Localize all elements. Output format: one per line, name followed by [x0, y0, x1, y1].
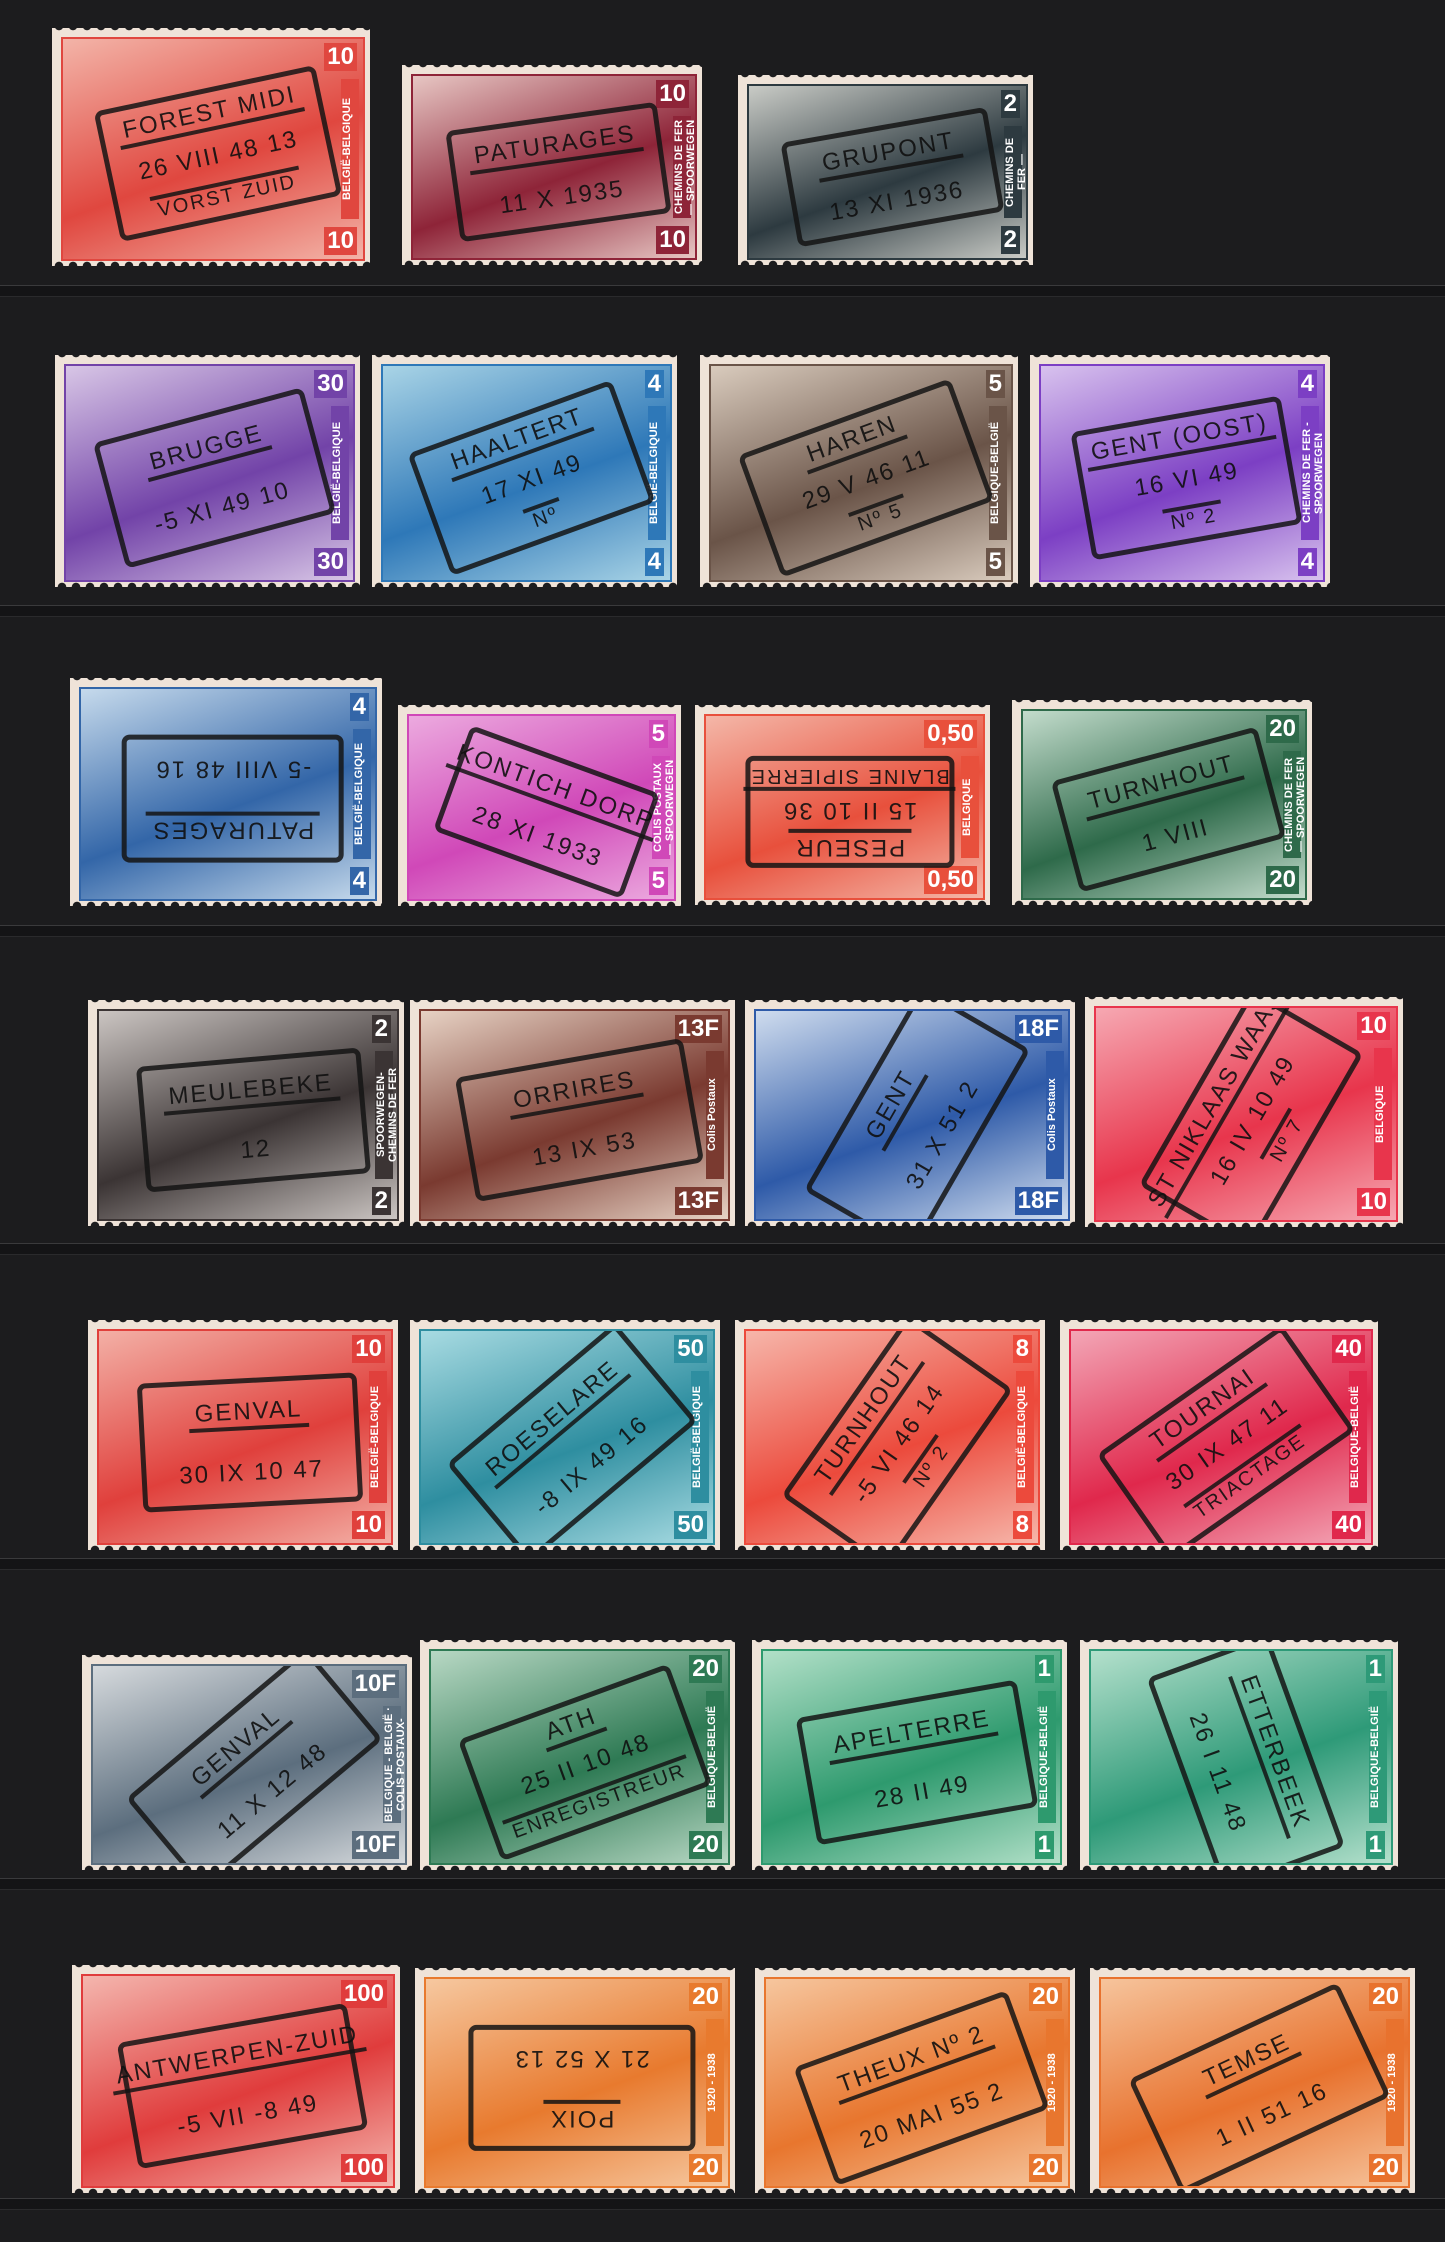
stamp[interactable]: 40 40 BELGIQUE-BELGIË TOURNAI 30 IX 47 1…: [1060, 1320, 1378, 1550]
postmark: PATURAGES 11 X 1935: [446, 102, 673, 242]
stamp[interactable]: 4 4 BELGIË-BELGIQUE HAALTERT 17 XI 49 Nº: [372, 355, 677, 587]
stamp-value: 5: [986, 370, 1005, 398]
stamp-design: 10 10 BELGIQUE ST NIKLAAS WAAS 16 IV 10 …: [1094, 1006, 1398, 1222]
stamp-value: 10: [656, 80, 689, 108]
postmark: TURNHOUT -5 VI 46 14 Nº 2: [781, 1329, 1013, 1545]
stamp-inscription: BELGIQUE: [961, 756, 979, 858]
stamp-value-bottom: 20: [1029, 2154, 1062, 2182]
postmark: ORRIRES 13 IX 53: [455, 1038, 704, 1203]
postmark: GRUPONT 13 XI 1936: [780, 106, 1005, 247]
stamp-value: 10: [324, 43, 357, 71]
stamp-value-bottom: 100: [341, 2154, 387, 2182]
postmark: GENT (OOST) 16 VI 49 Nº 2: [1071, 396, 1303, 561]
stamp-value: 2: [372, 1015, 391, 1043]
stamp-value: 8: [1013, 1335, 1032, 1363]
postmark: ATH 25 II 10 48 ENREGISTREUR: [457, 1663, 711, 1861]
stamp[interactable]: 2 2 CHEMINS DE FER — SPOORWEGEN GRUPONT …: [738, 75, 1033, 265]
postmark: PESEUR 15 II 10 36 BLAINE SIPIERRE: [745, 756, 954, 868]
postmark-extra: Nº: [523, 497, 568, 535]
postmark-date: 11 X 1935: [499, 176, 627, 221]
stamp-value-bottom: 1: [1035, 1831, 1054, 1859]
postmark: ETTERBEEK 26 I 11 48: [1147, 1649, 1345, 1865]
stamp[interactable]: 10 10 BELGIQUE ST NIKLAAS WAAS 16 IV 10 …: [1085, 997, 1403, 1227]
stamp-value: 10: [352, 1335, 385, 1363]
stamp-design: 10F 10F BELGIQUE - BELGIË · COLIS POSTAU…: [91, 1664, 407, 1865]
stamp-value: 5: [649, 720, 668, 748]
stamp[interactable]: 10 10 CHEMINS DE FER — SPOORWEGEN PATURA…: [402, 65, 702, 265]
stamp-value: 18F: [1015, 1015, 1062, 1043]
stamp-value-bottom: 13F: [675, 1187, 722, 1215]
stamp-inscription: 1920 - 1938: [1046, 2019, 1064, 2146]
postmark-extra: BLAINE SIPIERRE: [743, 764, 955, 791]
stamp-value-bottom: 2: [1001, 226, 1020, 254]
postmark: PATURAGES -5 VIII 48 16: [122, 735, 344, 863]
stamp-inscription: 1920 - 1938: [706, 2019, 724, 2146]
stamp-value-bottom: 40: [1332, 1511, 1365, 1539]
postmark-extra: Nº 2: [1163, 500, 1225, 537]
stamp-value-bottom: 2: [372, 1187, 391, 1215]
postmark-town: PATURAGES: [467, 120, 644, 176]
postmark-date: 21 X 52 13: [514, 2044, 650, 2072]
postmark: HAREN 29 V 46 11 Nº 5: [738, 378, 995, 577]
stamp-inscription: BELGIË-BELGIQUE: [331, 406, 349, 540]
postmark: ST NIKLAAS WAAS 16 IV 10 49 Nº 7: [1139, 1006, 1363, 1222]
stamp-design: 30 30 BELGIË-BELGIQUE BRUGGE -5 XI 49 10: [64, 364, 355, 582]
postmark-town: GENT: [857, 1060, 928, 1151]
stamp[interactable]: 10 10 BELGIË-BELGIQUE FOREST MIDI 26 VII…: [52, 28, 370, 266]
postmark-town: TURNHOUT: [1080, 749, 1245, 822]
stamp-design: 2 2 CHEMINS DE FER — SPOORWEGEN GRUPONT …: [747, 84, 1028, 260]
postmark-town: APELTERRE: [825, 1703, 999, 1764]
stamp-design: 20 20 CHEMINS DE FER — SPOORWEGEN TURNHO…: [1021, 709, 1307, 900]
stamp-inscription: BELGIQUE-BELGIË: [1349, 1371, 1367, 1503]
postmark-town: POIX: [543, 2099, 620, 2131]
postmark: KONTICH DORP 28 XI 1933: [433, 725, 660, 899]
stockbook-strip: [0, 605, 1445, 617]
postmark: TEMSE 1 II 51 16: [1128, 1982, 1391, 2188]
stamp-value-bottom: 1: [1366, 1831, 1385, 1859]
stamp-value-bottom: 0,50: [924, 866, 977, 894]
stamp-inscription: BELGIË-BELGIQUE: [691, 1371, 709, 1503]
stamp[interactable]: 5 5 BELGIQUE-BELGIË HAREN 29 V 46 11 Nº …: [700, 355, 1018, 587]
stamp[interactable]: 4 4 CHEMINS DE FER - SPOORWEGEN GENT (OO…: [1030, 355, 1330, 587]
stockbook-strip: [0, 285, 1445, 297]
stamp-design: 50 50 BELGIË-BELGIQUE ROESELARE -8 IX 49…: [419, 1329, 715, 1545]
postmark-date: 13 IX 53: [530, 1127, 639, 1173]
stamp-inscription: SPOORWEGEN-CHEMINS DE FER: [375, 1051, 393, 1179]
postmark-town: PESEUR: [788, 828, 911, 860]
stamp-value: 20: [1369, 1983, 1402, 2011]
stamp-design: 20 20 BELGIQUE-BELGIË ATH 25 II 10 48 EN…: [429, 1649, 730, 1865]
stamp-inscription: Colis Postaux: [1046, 1051, 1064, 1179]
postmark-date: 1 VIII: [1140, 813, 1213, 858]
stamp[interactable]: 0,50 0,50 BELGIQUE PESEUR 15 II 10 36 BL…: [695, 705, 990, 905]
stamp[interactable]: 20 20 1920 - 1938 POIX 21 X 52 13: [415, 1968, 735, 2193]
stamp-design: 4 4 BELGIË-BELGIQUE HAALTERT 17 XI 49 Nº: [381, 364, 672, 582]
postmark-town: GRUPONT: [814, 126, 963, 183]
stockbook-strip: [0, 925, 1445, 937]
stamp-design: 0,50 0,50 BELGIQUE PESEUR 15 II 10 36 BL…: [704, 714, 985, 900]
stamp-value: 4: [350, 693, 369, 721]
postmark: GENVAL 30 IX 10 47: [137, 1372, 364, 1512]
postmark-town: GENVAL: [188, 1394, 309, 1432]
stamp-value-bottom: 10: [1357, 1188, 1390, 1216]
stamp-inscription: CHEMINS DE FER - SPOORWEGEN: [1301, 406, 1319, 540]
stamp-design: 4 4 CHEMINS DE FER - SPOORWEGEN GENT (OO…: [1039, 364, 1325, 582]
postmark-extra: Nº 5: [848, 494, 912, 539]
postmark: BRUGGE -5 XI 49 10: [93, 387, 336, 568]
stamp-value: 20: [689, 1655, 722, 1683]
stamp-value-bottom: 10F: [352, 1831, 399, 1859]
postmark-town: ANTWERPEN-ZUID: [109, 2020, 368, 2096]
stamp-inscription: Colis Postaux: [706, 1051, 724, 1179]
stamp-design: 5 5 BELGIQUE-BELGIË HAREN 29 V 46 11 Nº …: [709, 364, 1013, 582]
stamp-inscription: BELGIË-BELGIQUE: [341, 79, 359, 219]
stamp[interactable]: 8 8 BELGIË-BELGIQUE TURNHOUT -5 VI 46 14…: [735, 1320, 1045, 1550]
postmark-date: 28 II 49: [872, 1770, 971, 1814]
stamp-design: 5 5 COLIS POSTAUX — SPOORWEGEN KONTICH D…: [407, 714, 676, 901]
stamp-value: 10: [1357, 1012, 1390, 1040]
postmark: FOREST MIDI 26 VIII 48 13 VORST ZUID: [94, 65, 343, 242]
postmark: ANTWERPEN-ZUID -5 VII -8 49: [117, 2003, 369, 2169]
stamp-value-bottom: 5: [986, 548, 1005, 576]
stamp[interactable]: 20 20 1920 - 1938 THEUX Nº 2 20 MAI 55 2: [755, 1968, 1075, 2193]
stamp-design: 100 100 ANTWERPEN-ZUID -5 VII -8 49: [81, 1974, 395, 2188]
postmark-town: MEULEBEKE: [161, 1068, 340, 1115]
stamp-value: 30: [314, 370, 347, 398]
postmark: GENVAL 11 X 12 48: [125, 1664, 382, 1865]
postmark-date: 30 IX 10 47: [179, 1455, 325, 1491]
stamp-design: 20 20 1920 - 1938 TEMSE 1 II 51 16: [1099, 1977, 1410, 2188]
postmark-date: -5 VIII 48 16: [155, 755, 312, 783]
stamp[interactable]: 2 2 SPOORWEGEN-CHEMINS DE FER MEULEBEKE …: [88, 1000, 404, 1226]
postmark-date: 12: [239, 1135, 272, 1166]
stamp-value-bottom: 20: [689, 2154, 722, 2182]
stamp[interactable]: 50 50 BELGIË-BELGIQUE ROESELARE -8 IX 49…: [410, 1320, 720, 1550]
postmark: APELTERRE 28 II 49: [795, 1679, 1038, 1845]
stamp[interactable]: 13F 13F Colis Postaux ORRIRES 13 IX 53: [410, 1000, 735, 1226]
stamp-value: 1: [1366, 1655, 1385, 1683]
stamp[interactable]: 30 30 BELGIË-BELGIQUE BRUGGE -5 XI 49 10: [55, 355, 360, 587]
stamp-value: 50: [674, 1335, 707, 1363]
stamp-design: 18F 18F Colis Postaux GENT 31 X 51 2: [754, 1009, 1070, 1221]
postmark: THEUX Nº 2 20 MAI 55 2: [794, 1989, 1051, 2185]
stamp-design: 13F 13F Colis Postaux ORRIRES 13 IX 53: [419, 1009, 730, 1221]
stamp-inscription: BELGIQUE-BELGIË: [989, 406, 1007, 540]
stamp-inscription: CHEMINS DE FER — SPOORWEGEN: [1283, 751, 1301, 858]
stamp-design: 2 2 SPOORWEGEN-CHEMINS DE FER MEULEBEKE …: [97, 1009, 399, 1221]
stamp-inscription: BELGIË-BELGIQUE: [648, 406, 666, 540]
postmark-date: 26 I 11 48: [1183, 1709, 1252, 1836]
stamp-value-bottom: 10: [324, 227, 357, 255]
stamp-inscription: BELGIË-BELGIQUE: [369, 1371, 387, 1503]
stamp-value-bottom: 4: [645, 548, 664, 576]
stamp-design: 1 1 BELGIQUE-BELGIË ETTERBEEK 26 I 11 48: [1089, 1649, 1393, 1865]
stamp-value-bottom: 20: [1266, 866, 1299, 894]
stamp-value-bottom: 50: [674, 1511, 707, 1539]
stamp[interactable]: 20 20 BELGIQUE-BELGIË ATH 25 II 10 48 EN…: [420, 1640, 735, 1870]
stamp[interactable]: 18F 18F Colis Postaux GENT 31 X 51 2: [745, 1000, 1075, 1226]
stamp-value: 20: [1029, 1983, 1062, 2011]
stamp[interactable]: 1 1 BELGIQUE-BELGIË APELTERRE 28 II 49: [752, 1640, 1067, 1870]
stamp-inscription: CHEMINS DE FER — SPOORWEGEN: [673, 116, 691, 218]
stamp-value: 10F: [352, 1670, 399, 1698]
stamp-design: 20 20 1920 - 1938 POIX 21 X 52 13: [424, 1977, 730, 2188]
stamp-inscription: BELGIQUE-BELGIË: [1369, 1691, 1387, 1823]
postmark: HAALTERT 17 XI 49 Nº: [408, 380, 656, 576]
stamp[interactable]: 5 5 COLIS POSTAUX — SPOORWEGEN KONTICH D…: [398, 705, 681, 906]
stockbook-strip: [0, 1243, 1445, 1255]
postmark-town: ORRIRES: [505, 1065, 644, 1120]
stamp-value: 0,50: [924, 720, 977, 748]
stamp-design: 4 4 BELGIË-BELGIQUE PATURAGES -5 VIII 48…: [79, 687, 377, 901]
stamp-value-bottom: 20: [1369, 2154, 1402, 2182]
postmark-town: GENT (OOST): [1084, 408, 1278, 473]
postmark: TURNHOUT 1 VIII: [1051, 727, 1286, 893]
postmark: GENT 31 X 51 2: [804, 1009, 1031, 1221]
postmark-date: 15 II 10 36: [782, 795, 917, 823]
stamp-inscription: CHEMINS DE FER — SPOORWEGEN: [1004, 126, 1022, 218]
postmark-date: 16 VI 49: [1133, 458, 1242, 504]
postmark-town: PATURAGES: [146, 811, 320, 843]
stamp-value-bottom: 10: [352, 1511, 385, 1539]
stamp-design: 8 8 BELGIË-BELGIQUE TURNHOUT -5 VI 46 14…: [744, 1329, 1040, 1545]
stamp-design: 1 1 BELGIQUE-BELGIË APELTERRE 28 II 49: [761, 1649, 1062, 1865]
stamp-value-bottom: 4: [1298, 548, 1317, 576]
stamp-value-bottom: 5: [649, 867, 668, 895]
stamp-inscription: BELGIË-BELGIQUE: [1016, 1371, 1034, 1503]
stamp-design: 10 10 CHEMINS DE FER — SPOORWEGEN PATURA…: [411, 74, 697, 260]
postmark-town: ATH: [536, 1700, 607, 1752]
postmark-town: BRUGGE: [141, 418, 273, 482]
stamp[interactable]: 20 20 1920 - 1938 TEMSE 1 II 51 16: [1090, 1968, 1415, 2193]
postmark: ROESELARE -8 IX 49 16: [446, 1329, 697, 1545]
stamp-inscription: 1920 - 1938: [1386, 2019, 1404, 2146]
stamp-value: 13F: [675, 1015, 722, 1043]
stamp-value-bottom: 20: [689, 1831, 722, 1859]
stamp-value-bottom: 30: [314, 548, 347, 576]
stamp-inscription: BELGIQUE-BELGIË: [706, 1691, 724, 1823]
stamp-value: 40: [1332, 1335, 1365, 1363]
stamp[interactable]: 20 20 CHEMINS DE FER — SPOORWEGEN TURNHO…: [1012, 700, 1312, 905]
postmark-date: -5 XI 49 10: [152, 476, 294, 539]
stockbook-strip: [0, 1878, 1445, 1890]
stamp-design: 40 40 BELGIQUE-BELGIË TOURNAI 30 IX 47 1…: [1069, 1329, 1373, 1545]
stamp-value-bottom: 10: [656, 226, 689, 254]
stamp-inscription: BELGIQUE: [1374, 1048, 1392, 1180]
stamp-inscription: BELGIQUE - BELGIË · COLIS POSTAUX-POSTCO…: [383, 1706, 401, 1823]
stockbook-strip: [0, 2198, 1445, 2210]
stamp[interactable]: 10 10 BELGIË-BELGIQUE GENVAL 30 IX 10 47: [88, 1320, 398, 1550]
stamp-value-bottom: 18F: [1015, 1187, 1062, 1215]
stamp-value: 4: [645, 370, 664, 398]
postmark: TOURNAI 30 IX 47 11 TRIACTAGE: [1097, 1329, 1356, 1545]
stamp[interactable]: 100 100 ANTWERPEN-ZUID -5 VII -8 49: [72, 1965, 400, 2193]
postmark: POIX 21 X 52 13: [468, 2025, 695, 2151]
stamp[interactable]: 10F 10F BELGIQUE - BELGIË · COLIS POSTAU…: [82, 1655, 412, 1870]
stamp-design: 10 10 BELGIË-BELGIQUE GENVAL 30 IX 10 47: [97, 1329, 393, 1545]
stamp-value: 20: [1266, 715, 1299, 743]
stamp-value: 1: [1035, 1655, 1054, 1683]
stamp[interactable]: 1 1 BELGIQUE-BELGIË ETTERBEEK 26 I 11 48: [1080, 1640, 1398, 1870]
postmark: MEULEBEKE 12: [136, 1047, 371, 1193]
postmark-date: -5 VII -8 49: [176, 2090, 321, 2142]
stamp-value: 2: [1001, 90, 1020, 118]
stamp-value: 4: [1298, 370, 1317, 398]
stamp-value: 100: [341, 1980, 387, 2008]
stamp-value-bottom: 4: [350, 867, 369, 895]
postmark-date: 13 XI 1936: [827, 176, 966, 227]
postmark-town: TEMSE: [1193, 2025, 1301, 2098]
stamp-value: 20: [689, 1983, 722, 2011]
stamp-value-bottom: 8: [1013, 1511, 1032, 1539]
stamp-design: 20 20 1920 - 1938 THEUX Nº 2 20 MAI 55 2: [764, 1977, 1070, 2188]
stamp-inscription: BELGIË-BELGIQUE: [353, 729, 371, 859]
stockbook-strip: [0, 1558, 1445, 1570]
stamp-inscription: BELGIQUE-BELGIË: [1038, 1691, 1056, 1823]
stamp-design: 10 10 BELGIË-BELGIQUE FOREST MIDI 26 VII…: [61, 37, 365, 261]
stamp[interactable]: 4 4 BELGIË-BELGIQUE PATURAGES -5 VIII 48…: [70, 678, 382, 906]
